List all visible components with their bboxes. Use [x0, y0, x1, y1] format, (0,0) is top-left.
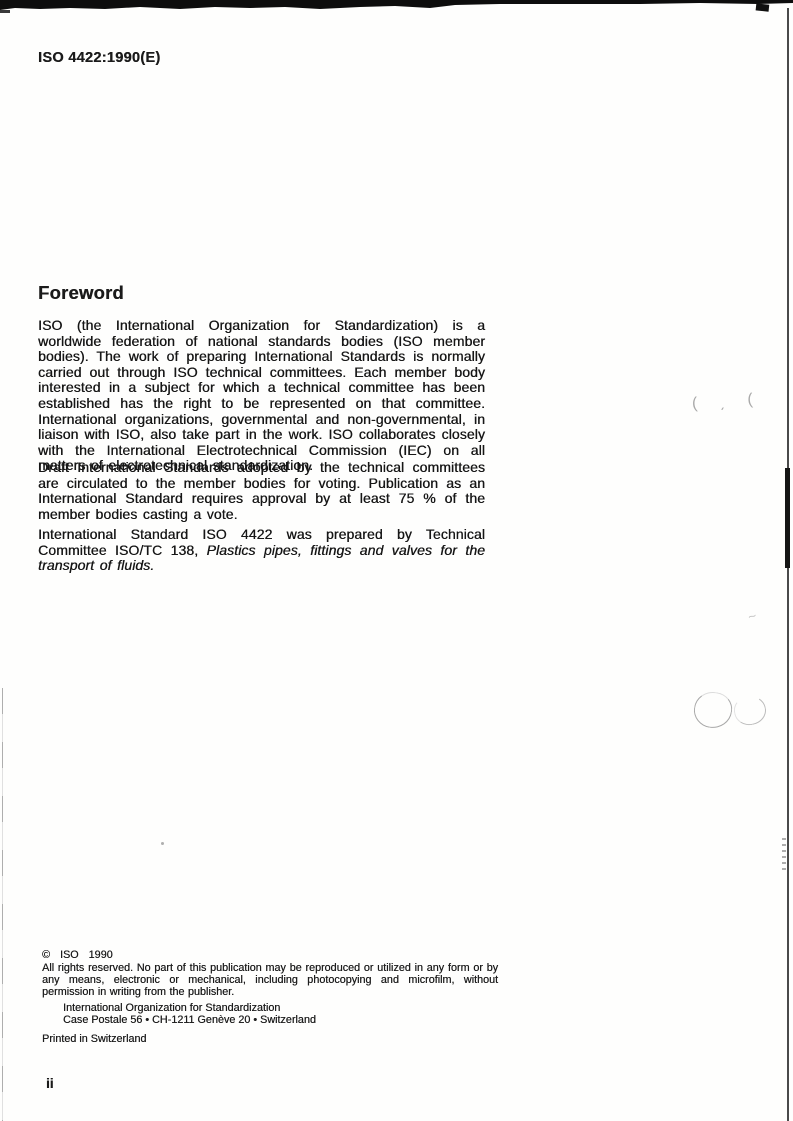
foreword-paragraph-committee: International Standard ISO 4422 was prep…: [38, 527, 485, 574]
foreword-heading: Foreword: [38, 282, 124, 304]
publisher-address: Case Postale 56 • CH-1211 Genève 20 • Sw…: [63, 1014, 498, 1026]
scan-top-edge-shape: [0, 0, 793, 14]
rights-reserved-text: All rights reserved. No part of this pub…: [42, 962, 498, 998]
foreword-paragraph-iso-description: ISO (the International Organization for …: [38, 318, 485, 474]
pencil-circle-annotation: [692, 690, 735, 731]
scan-speck-artifact: [161, 842, 164, 845]
scan-right-edge-blob-artifact: [785, 468, 790, 568]
foreword-paragraph-draft-standards: Draft International Standards adopted by…: [38, 460, 485, 522]
publisher-block: International Organization for Standardi…: [42, 1002, 498, 1026]
document-reference-header: ISO 4422:1990(E): [38, 50, 160, 66]
page-number: ii: [46, 1076, 54, 1091]
copyright-notice: © ISO 1990: [42, 949, 498, 961]
pencil-marks-annotation: ( ͵ (: [691, 391, 762, 414]
pencil-circle-annotation: [732, 693, 769, 727]
pencil-squiggle-annotation: ~: [746, 607, 759, 625]
imprint-block: © ISO 1990 All rights reserved. No part …: [42, 949, 498, 1045]
publisher-name: International Organization for Standardi…: [63, 1002, 498, 1014]
scan-right-edge-ticks-artifact: [782, 838, 786, 872]
scanned-document-page: ( ͵ ( ~ ISO 4422:1990(E) Foreword ISO (t…: [0, 0, 793, 1121]
printed-in-line: Printed in Switzerland: [42, 1033, 498, 1045]
scan-left-edge-artifact: [2, 688, 3, 1121]
scan-top-edge-artifact: [0, 0, 793, 14]
